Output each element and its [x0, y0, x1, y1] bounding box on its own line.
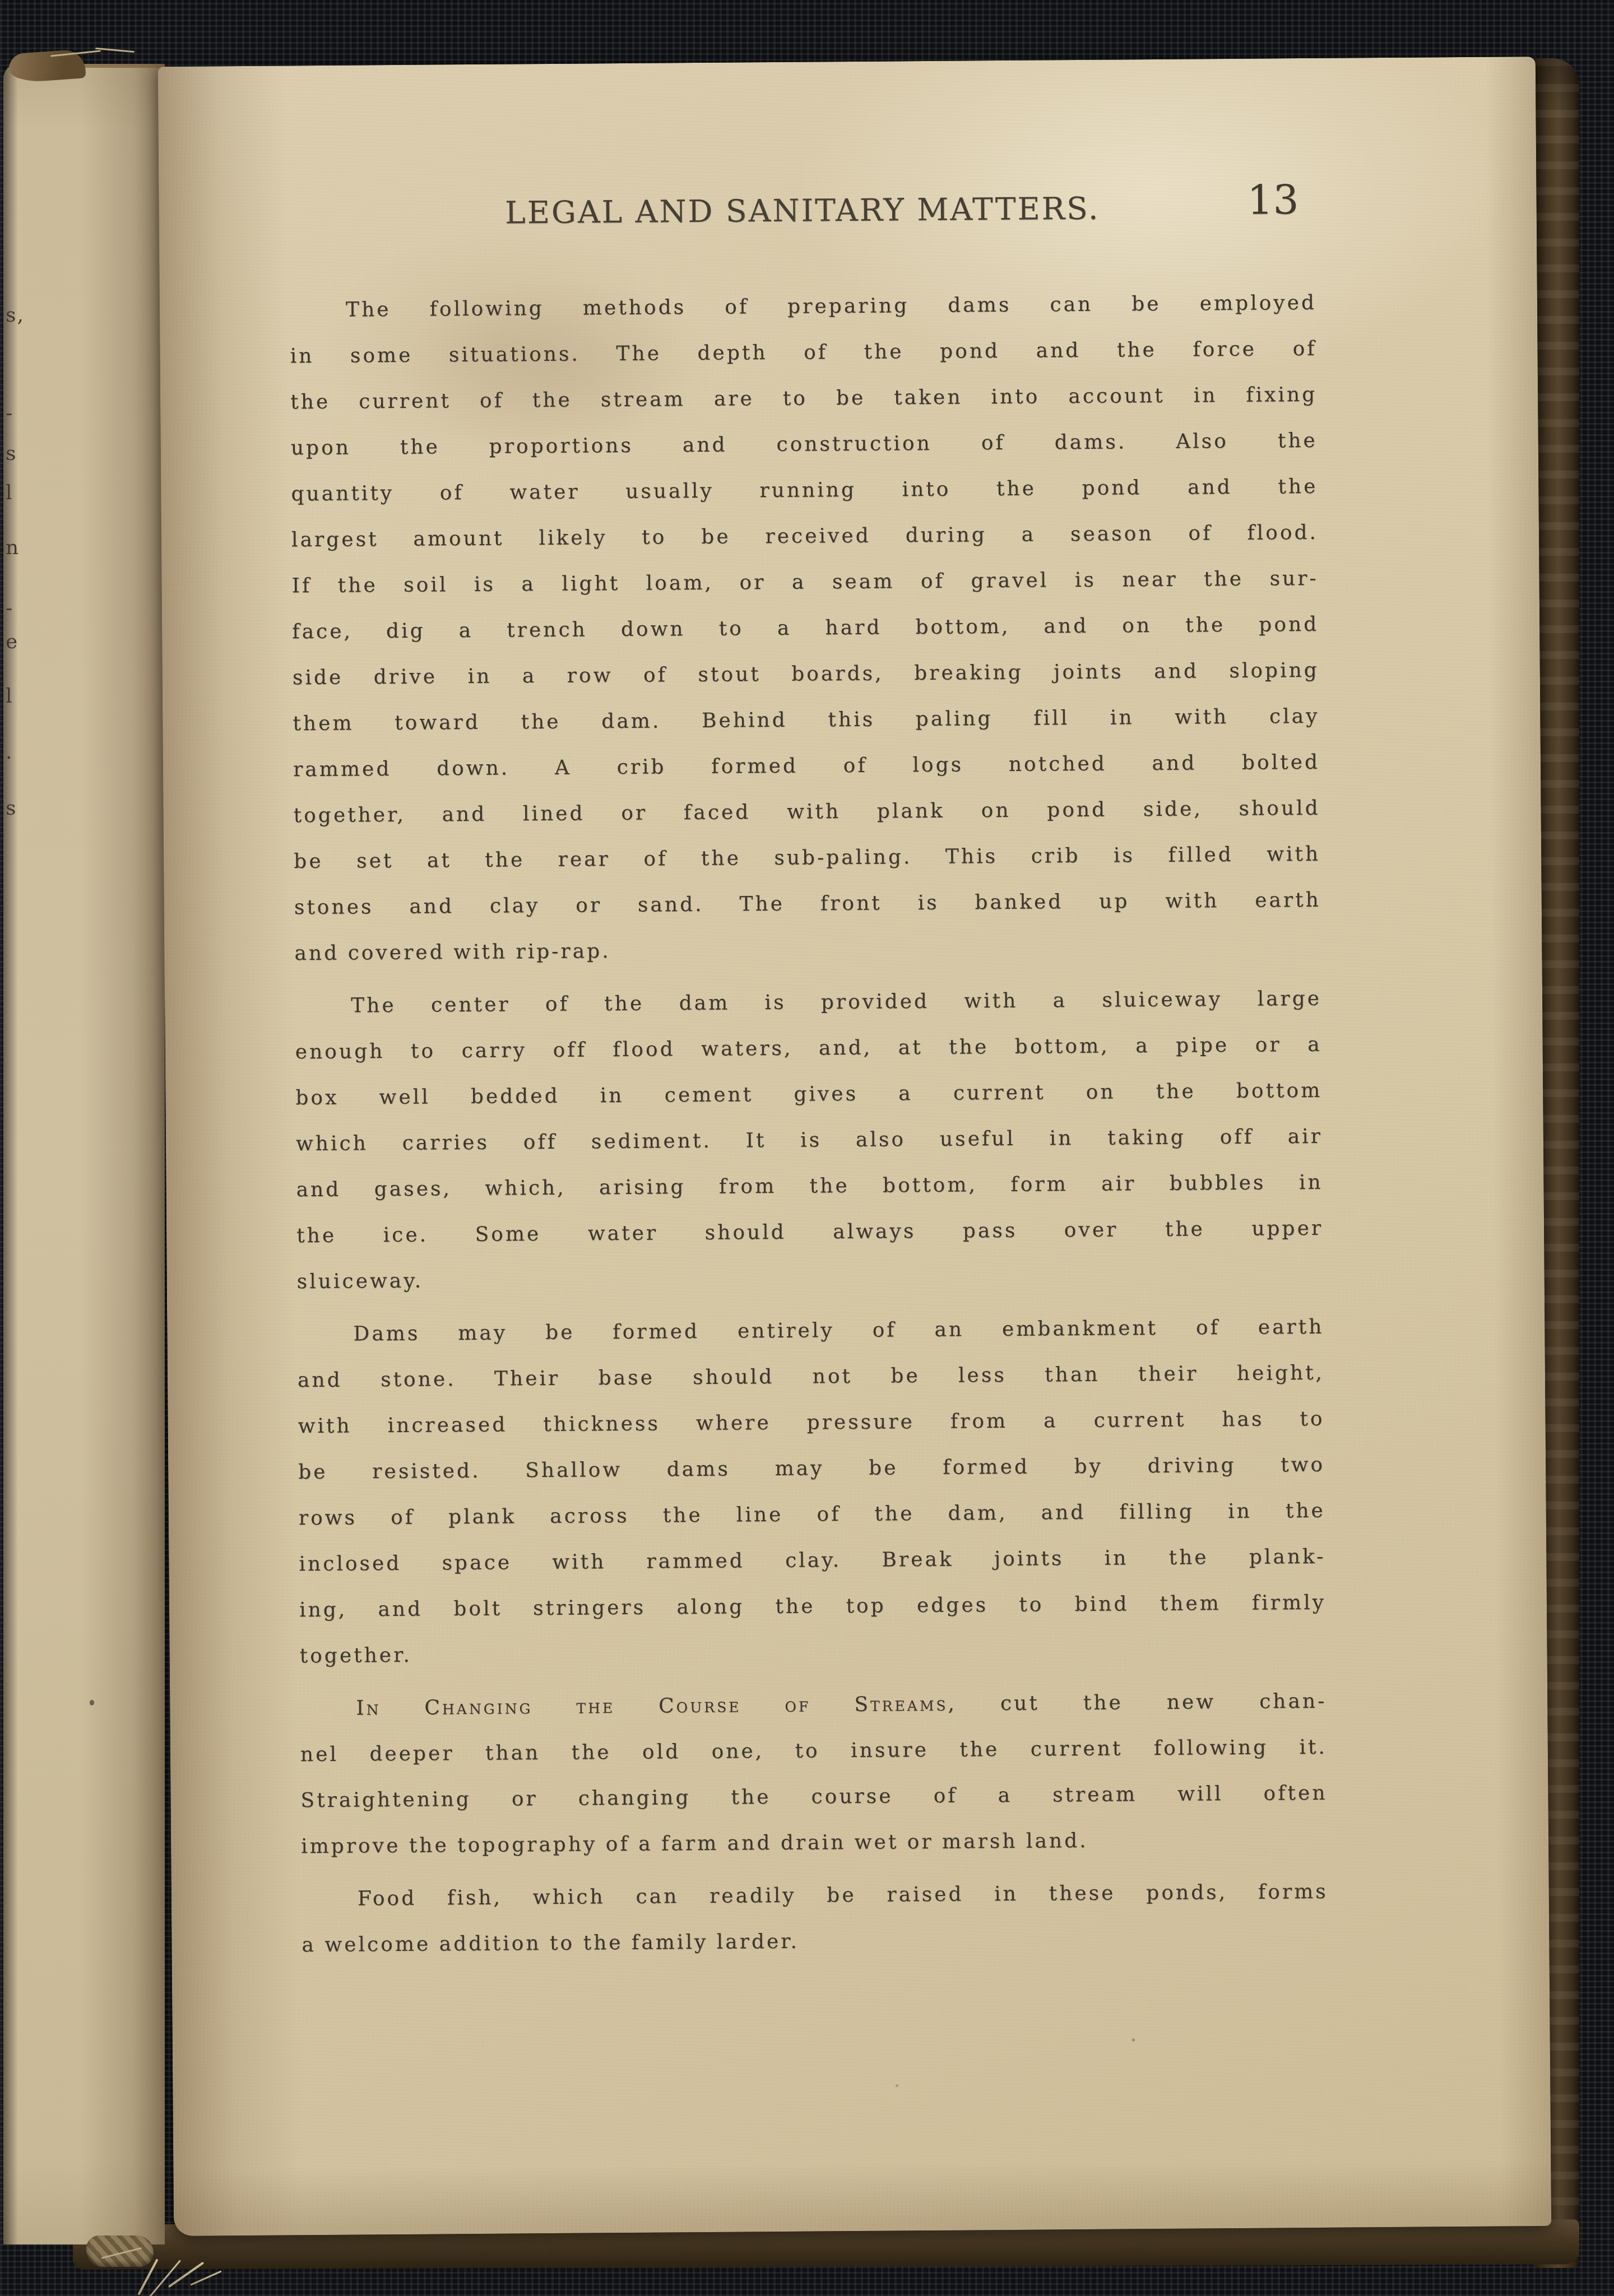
text-line: stones and clay or sand. The front is ba… — [294, 877, 1321, 931]
speck — [1132, 2038, 1135, 2042]
smallcaps-phrase: In Changing the Course of Streams — [356, 1693, 948, 1720]
book-page: LEGAL AND SANITARY MATTERS. 13 The follo… — [158, 57, 1551, 2236]
text-line: side drive in a row of stout boards, bre… — [293, 648, 1320, 701]
page-fragment-text: - — [6, 403, 41, 424]
text-line: enough to carry off flood waters, and, a… — [295, 1022, 1322, 1075]
page-fragment-text: s — [6, 798, 41, 819]
thread — [168, 2262, 205, 2288]
text-line: rammed down. A crib formed of logs notch… — [293, 740, 1320, 793]
text-line: in some situations. The depth of the pon… — [290, 326, 1317, 379]
text-line: Dams may be formed entirely of an embank… — [297, 1304, 1324, 1358]
page-fragment-text: s, — [6, 305, 41, 326]
page-fragment-text: s — [6, 444, 41, 464]
text-line: together, and lined or faced with plank … — [293, 786, 1320, 839]
page-fragment-text: - — [6, 598, 41, 619]
page-fragment-text: n — [6, 538, 41, 558]
body-text: The following methods of preparing dams … — [290, 280, 1329, 1968]
speck — [90, 1700, 94, 1705]
text-line: the current of the stream are to be take… — [290, 372, 1318, 425]
text-line: quantity of water usually running into t… — [291, 464, 1318, 517]
text-line: a welcome addition to the family larder. — [302, 1915, 1329, 1968]
page-fragment-text: e — [6, 632, 41, 652]
text-line: nel deeper than the old one, to insure t… — [300, 1725, 1328, 1778]
page-fragment-text: l — [6, 483, 41, 503]
text-line: ing, and bolt stringers along the top ed… — [299, 1580, 1327, 1633]
page-fragment-text: . — [6, 742, 41, 763]
paragraph: Dams may be formed entirely of an embank… — [297, 1304, 1327, 1679]
text-line: be set at the rear of the sub-paling. Th… — [294, 831, 1321, 885]
page-fragment-text: l — [6, 686, 41, 707]
text-line: and stone. Their base should not be less… — [298, 1350, 1325, 1403]
binding-knot — [86, 2235, 154, 2267]
text-line: be resisted. Shallow dams may be formed … — [298, 1442, 1325, 1495]
paragraph: In Changing the Course of Streams, cut t… — [300, 1679, 1328, 1870]
thread — [95, 48, 134, 53]
text-line: which carries off sediment. It is also u… — [296, 1114, 1323, 1167]
running-header: LEGAL AND SANITARY MATTERS. — [289, 192, 1316, 230]
frayed-threads-top — [34, 47, 157, 69]
text-line: together. — [299, 1626, 1327, 1679]
text-line: face, dig a trench down to a hard bottom… — [292, 602, 1319, 655]
thread — [50, 50, 101, 57]
text-line: and gases, which, arising from the botto… — [296, 1160, 1323, 1213]
page-number: 13 — [1247, 179, 1298, 220]
paragraph: Food fish, which can readily be raised i… — [302, 1869, 1329, 1968]
text-line: box well bedded in cement gives a curren… — [295, 1068, 1323, 1121]
text-line: upon the proportions and construction of… — [291, 418, 1318, 471]
text-line: rows of plank across the line of the dam… — [299, 1488, 1326, 1541]
previous-page-edge: s,-sln-el.s — [3, 64, 165, 2244]
text-line: If the soil is a light loam, or a seam o… — [291, 556, 1319, 609]
paragraph: The following methods of preparing dams … — [290, 280, 1321, 977]
running-header-row: LEGAL AND SANITARY MATTERS. — [289, 192, 1316, 230]
speck — [896, 2084, 898, 2087]
text-line: and covered with rip-rap. — [294, 923, 1321, 977]
text-line: Straightening or changing the course of … — [300, 1770, 1328, 1824]
text-line: The center of the dam is provided with a… — [295, 976, 1322, 1029]
text-line: improve the topography of a farm and dra… — [301, 1816, 1328, 1870]
text-line: largest amount likely to be received dur… — [291, 510, 1319, 563]
frayed-threads — [78, 2228, 291, 2296]
text-line: with increased thickness where pressure … — [298, 1396, 1325, 1449]
text-line: In Changing the Course of Streams, cut t… — [300, 1679, 1327, 1732]
book-photo: { "page": { "header": "LEGAL AND SANITAR… — [0, 0, 1614, 2296]
text-line: inclosed space with rammed clay. Break j… — [299, 1534, 1326, 1587]
text-line: them toward the dam. Behind this paling … — [293, 694, 1320, 747]
thread — [190, 2270, 221, 2285]
text-line: The following methods of preparing dams … — [290, 280, 1317, 333]
text-line: Food fish, which can readily be raised i… — [302, 1869, 1329, 1922]
text-line: the ice. Some water should always pass o… — [296, 1206, 1324, 1259]
text-line: sluiceway. — [296, 1252, 1324, 1305]
paragraph: The center of the dam is provided with a… — [295, 976, 1324, 1305]
